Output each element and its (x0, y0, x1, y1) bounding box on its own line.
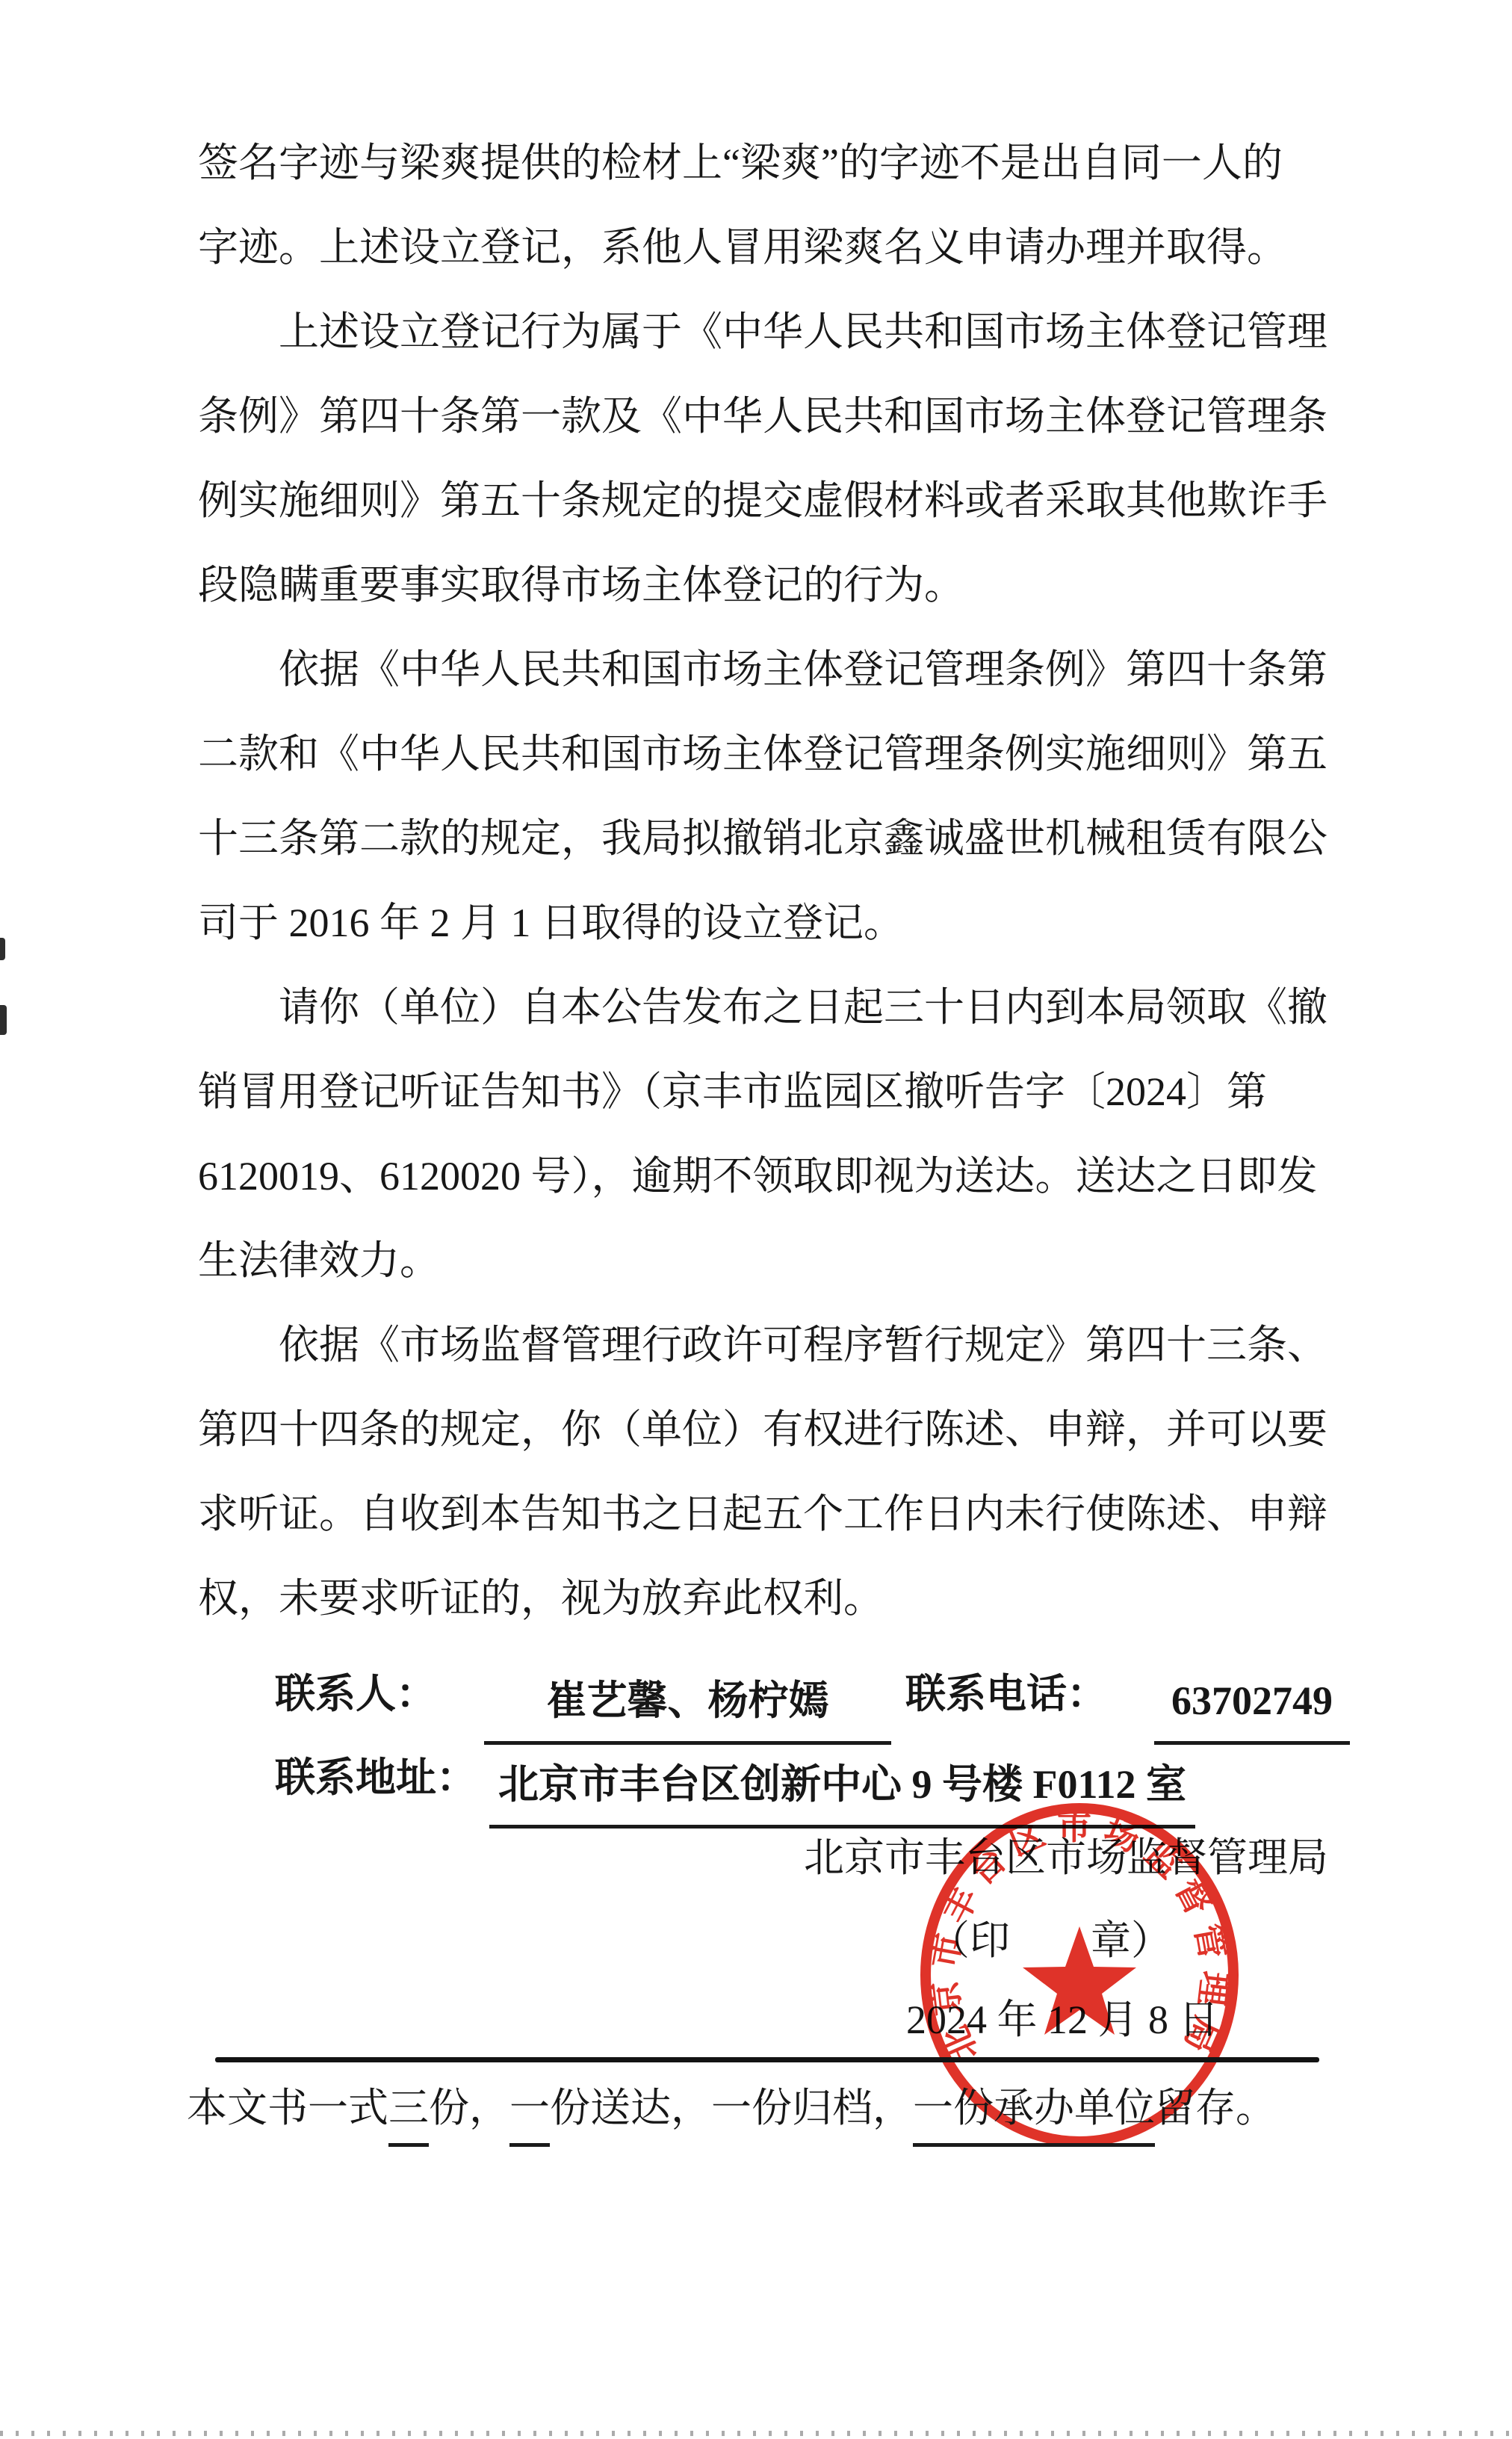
copies-note: 本文书一式三份，一份送达，一份归档，一份承办单位留存。 (187, 2066, 1276, 2151)
copies-note-segment: 份送达，一份归档， (550, 2086, 913, 2130)
body-line: 条例》第四十条第一款及《中华人民共和国市场主体登记管理条 (198, 374, 1330, 459)
scan-artifact (0, 1005, 7, 1035)
contact-person-value: 崔艺馨、杨柠嫣 (484, 1663, 891, 1745)
copies-note-segment: 份， (429, 2086, 509, 2130)
body-line: 司于 2016 年 2 月 1 日取得的设立登记。 (198, 881, 1330, 965)
document-body: 签名字迹与梁爽提供的检材上“梁爽”的字迹不是出自同一人的 字迹。上述设立登记，系… (198, 121, 1330, 1641)
body-line: 依据《中华人民共和国市场主体登记管理条例》第四十条第 (198, 628, 1330, 712)
body-line: 依据《市场监督管理行政许可程序暂行规定》第四十三条、 (198, 1303, 1330, 1388)
contact-phone-label: 联系电话： (905, 1652, 1107, 1737)
body-line: 字迹。上述设立登记，系他人冒用梁爽名义申请办理并取得。 (198, 205, 1330, 290)
scan-artifact (0, 938, 5, 960)
copies-note-filled-blank: 一份承办单位 (913, 2076, 1155, 2147)
body-line: 段隐瞒重要事实取得市场主体登记的行为。 (198, 543, 1330, 628)
copies-note-segment: 留存。 (1155, 2086, 1276, 2130)
copies-note-filled-blank: 一 (509, 2076, 550, 2147)
copies-note-segment: 本文书一式 (187, 2086, 388, 2130)
body-line: 十三条第二款的规定，我局拟撤销北京鑫诚盛世机械租赁有限公 (198, 797, 1330, 881)
body-line: 二款和《中华人民共和国市场主体登记管理条例实施细则》第五 (198, 712, 1330, 797)
body-line: 求听证。自收到本告知书之日起五个工作日内未行使陈述、申辩 (198, 1472, 1330, 1557)
body-line: 生法律效力。 (198, 1219, 1330, 1303)
scan-noise-bottom-edge (0, 2431, 1512, 2436)
body-line: 权，未要求听证的，视为放弃此权利。 (198, 1557, 1330, 1641)
body-line: 第四十四条的规定，你（单位）有权进行陈述、申辩，并可以要 (198, 1388, 1330, 1472)
contact-address-label: 联系地址： (275, 1736, 477, 1820)
contact-phone-value: 63702749 (1154, 1663, 1350, 1745)
contact-person-label: 联系人： (275, 1652, 436, 1737)
copies-note-filled-blank: 三 (388, 2076, 429, 2147)
body-line: 签名字迹与梁爽提供的检材上“梁爽”的字迹不是出自同一人的 (198, 121, 1330, 205)
body-line: 例实施细则》第五十条规定的提交虚假材料或者采取其他欺诈手 (198, 459, 1330, 543)
body-line: 6120019、6120020 号），逾期不领取即视为送达。送达之日即发 (198, 1134, 1330, 1219)
footer-separator-line (215, 2057, 1319, 2062)
body-line: 销冒用登记听证告知书》（京丰市监园区撤听告字〔2024〕第 (198, 1050, 1330, 1134)
body-line: 上述设立登记行为属于《中华人民共和国市场主体登记管理 (198, 290, 1330, 374)
seal-star-icon (1023, 1926, 1136, 2035)
body-line: 请你（单位）自本公告发布之日起三十日内到本局领取《撤 (198, 965, 1330, 1050)
